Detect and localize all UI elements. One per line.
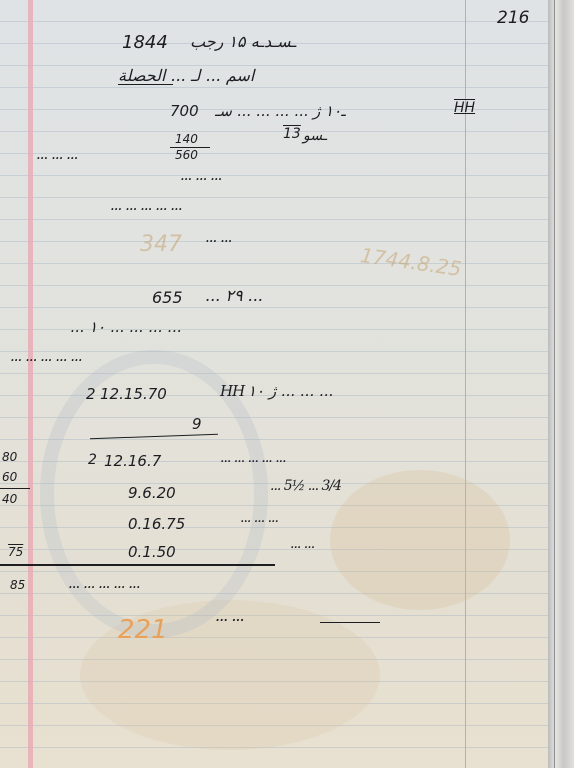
margin-number: 75 bbox=[8, 545, 23, 559]
entry-4-script: ... ... bbox=[290, 536, 314, 552]
line-6-script: ... ... ... ... ... bbox=[110, 196, 182, 214]
section2-line-1: ... ۱۰ ... ... ... ... bbox=[70, 318, 181, 336]
line-4-script: ... ... ... bbox=[36, 145, 77, 163]
line-2-script: ـ۱۰ ژ ... ... ... ... سـ bbox=[215, 102, 346, 120]
header-year: 1844 bbox=[122, 32, 168, 53]
margin-rule bbox=[0, 488, 30, 489]
entry-1-script: ... ... ... ... ... bbox=[220, 450, 286, 466]
margin-number: 40 bbox=[2, 492, 17, 506]
entry-3-script: ... ... ... bbox=[240, 510, 278, 526]
line-2-number: 700 bbox=[170, 102, 199, 120]
page-number: 216 bbox=[497, 8, 529, 28]
section2-amount: 12.15.70 bbox=[100, 385, 167, 403]
section2-heading: ... ۲۹ ... bbox=[205, 286, 263, 305]
signature: ... ... bbox=[215, 606, 244, 625]
line-7-script: ... ... bbox=[205, 228, 231, 246]
entry-1-amount: 12.16.7 bbox=[104, 452, 161, 470]
section2-subtotal: 9 bbox=[192, 415, 202, 433]
orange-pencil-number: 221 bbox=[118, 615, 168, 645]
fraction-numerator: 140 bbox=[175, 132, 198, 146]
entry-4-amount: 0.1.50 bbox=[128, 543, 176, 561]
margin-number: 80 bbox=[2, 450, 17, 464]
section2-number: 655 bbox=[152, 288, 183, 307]
ledger-page: 347 1744.8.25 216 1844 ـسـدـه ۱۵ رجب اسم… bbox=[0, 0, 548, 768]
fraction-denominator: 560 bbox=[175, 148, 198, 162]
entry-3-amount: 0.16.75 bbox=[128, 515, 185, 533]
footer-line: ... ... ... ... ... bbox=[68, 574, 140, 592]
line-2-hh-mark: HH bbox=[454, 100, 475, 116]
entry-2-script: ... 5½ ... 3/4 bbox=[270, 478, 341, 494]
line-3-script: ـسو bbox=[303, 128, 327, 144]
margin-number: 85 bbox=[10, 578, 25, 592]
total-rule bbox=[0, 564, 275, 566]
entry-1-prefix: 2 bbox=[88, 452, 97, 468]
signature-flourish bbox=[320, 622, 380, 623]
entry-2-amount: 9.6.20 bbox=[128, 484, 176, 502]
book-edge bbox=[548, 0, 574, 768]
section2-prefix: 2 bbox=[86, 385, 96, 403]
margin-number: 60 bbox=[2, 470, 17, 484]
left-margin-line bbox=[28, 0, 33, 768]
line-3-number: 13 bbox=[283, 126, 301, 142]
line-5-script: ... ... ... bbox=[180, 166, 221, 184]
section2-line-3: HH ۱۰ ژ ... ... ... bbox=[220, 382, 333, 400]
underline bbox=[118, 84, 173, 85]
line-1: اسم ... لـ ... الحصلة bbox=[118, 66, 254, 85]
header-date-script: ـسـدـه ۱۵ رجب bbox=[190, 32, 296, 51]
bleedthrough-347: 347 bbox=[140, 232, 182, 257]
section2-line-2: ... ... ... ... ... bbox=[10, 347, 82, 365]
